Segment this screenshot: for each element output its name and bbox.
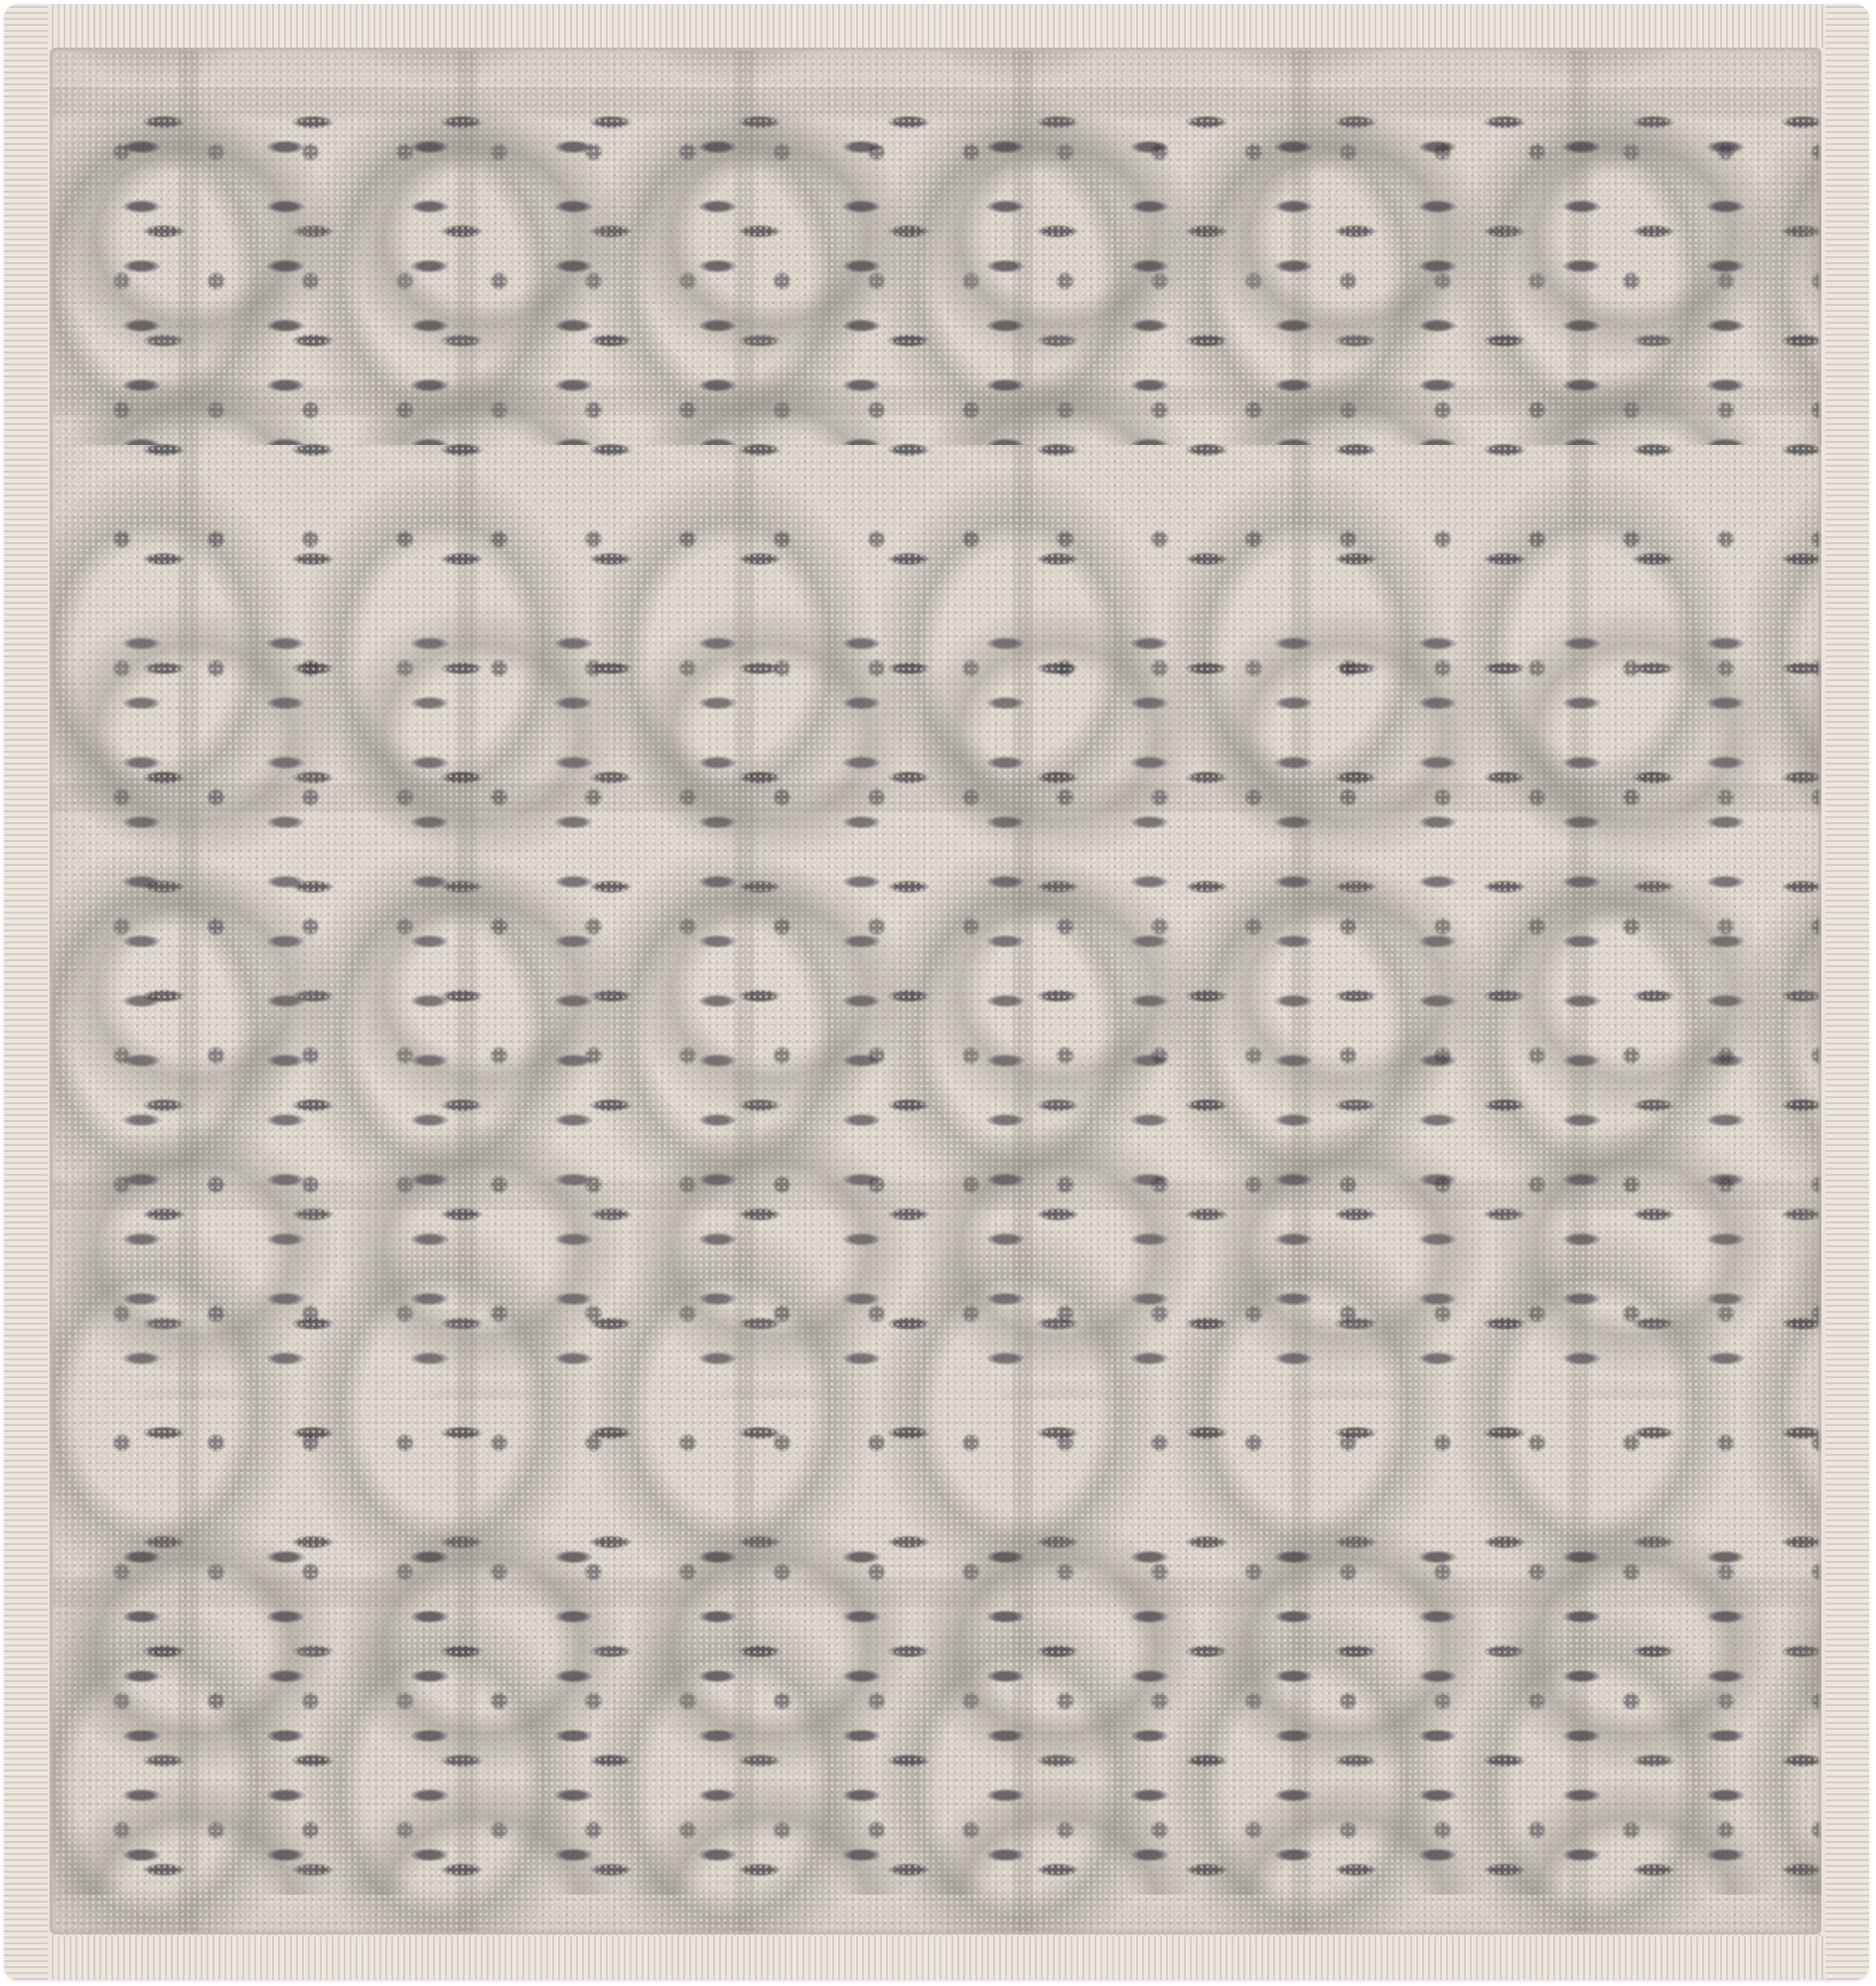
rug-binding-left xyxy=(4,4,48,1980)
rug-binding-right xyxy=(1825,4,1869,1980)
rug-pile-field xyxy=(50,48,1821,1934)
diamond-motif-band-top xyxy=(50,107,1821,445)
rug-binding-bottom xyxy=(4,1936,1869,1980)
lattice-motif-band-middle xyxy=(50,604,1821,1398)
diamond-motif-band-bottom xyxy=(50,1517,1821,1895)
rug-binding-top xyxy=(4,4,1869,48)
image-canvas xyxy=(0,0,1876,1986)
rug-sample xyxy=(4,4,1869,1980)
